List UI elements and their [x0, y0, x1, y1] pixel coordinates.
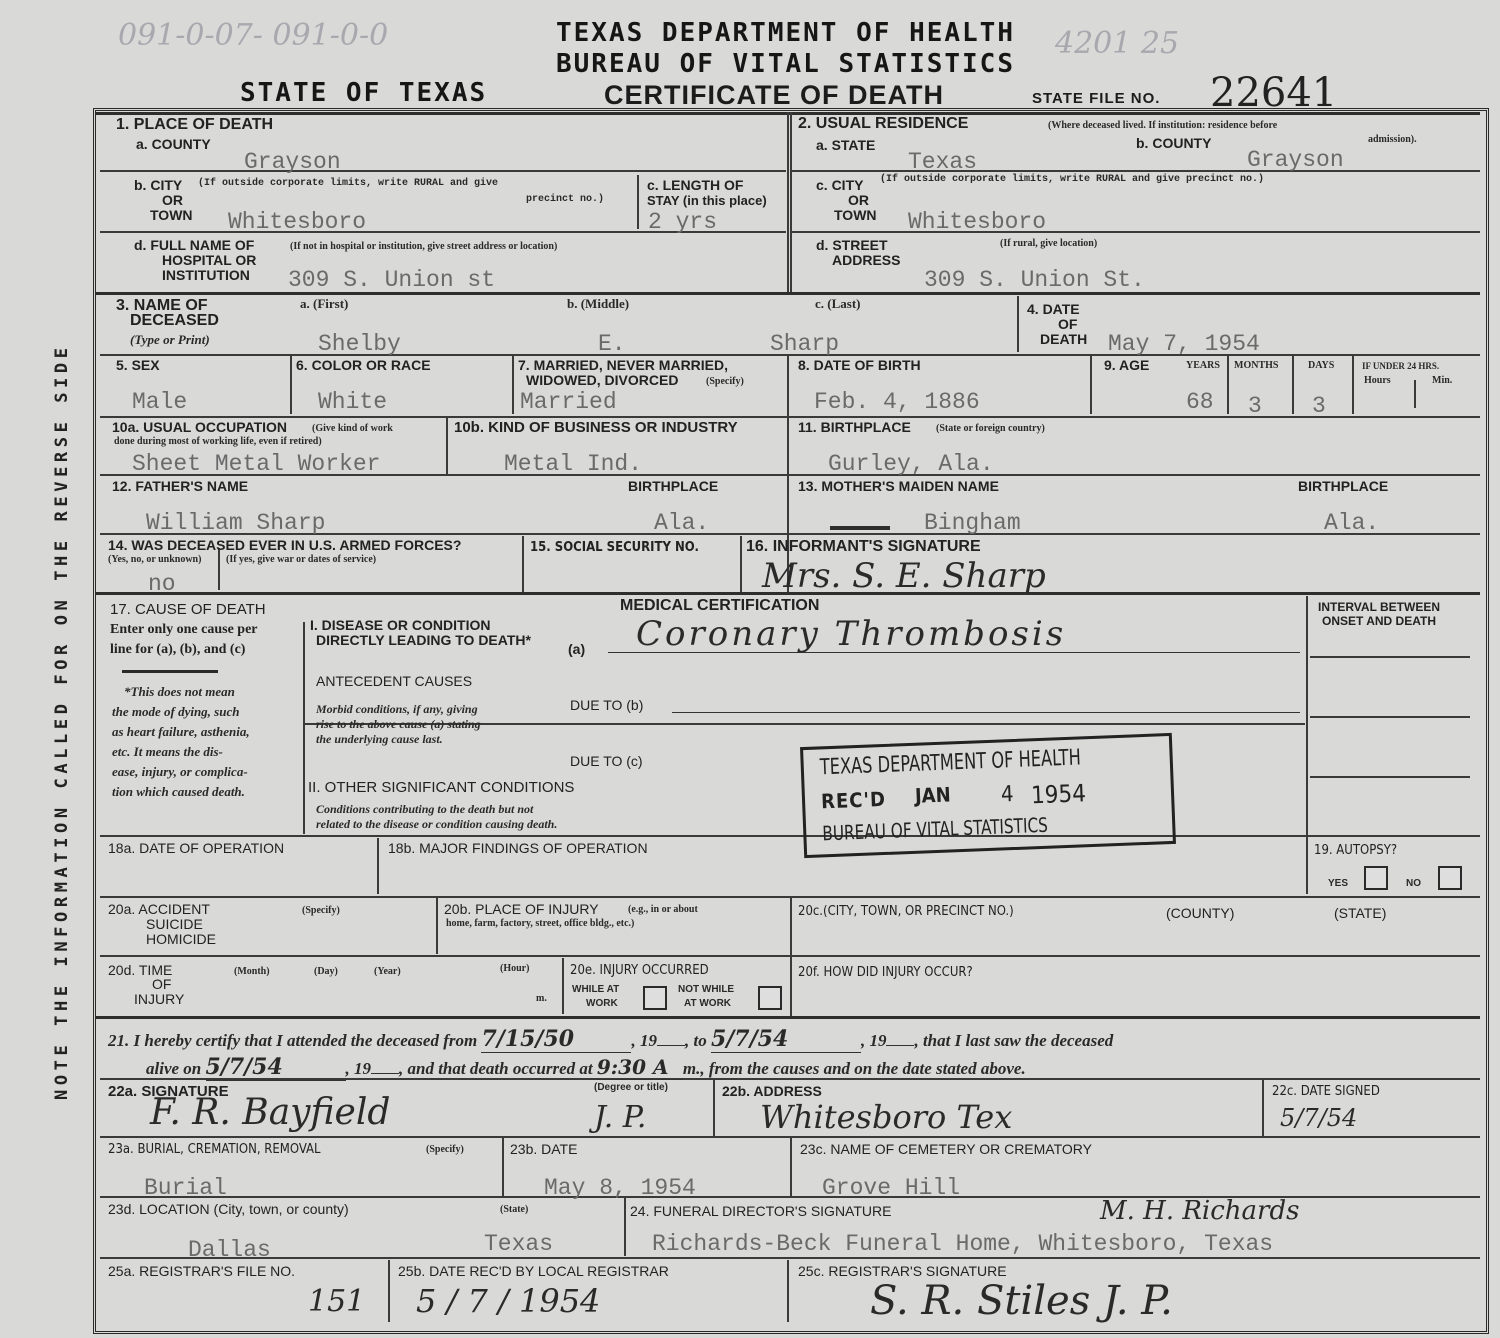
marital-note: (Specify)	[706, 376, 744, 388]
death-county-value: Grayson	[244, 150, 341, 174]
header-dept: TEXAS DEPARTMENT OF HEALTH	[556, 18, 1015, 48]
residence-state-value: Texas	[908, 150, 977, 174]
age-under24-label: IF UNDER 24 HRS.	[1362, 360, 1439, 372]
disposition-note: (Specify)	[426, 1144, 464, 1156]
place-of-death-label: 1. PLACE OF DEATH	[116, 117, 273, 132]
injury-place-label: 20b. PLACE OF INJURY	[444, 902, 599, 917]
interval-label1: INTERVAL BETWEEN	[1318, 600, 1440, 615]
hospital-value: 309 S. Union st	[288, 268, 495, 292]
at-work-label2: WORK	[586, 998, 618, 1010]
cemetery-value: Grove Hill	[822, 1176, 960, 1200]
residence-city-note: (If outside corporate limits, write RURA…	[880, 174, 1264, 186]
disease-label1: I. DISEASE OR CONDITION	[310, 618, 490, 633]
stamp-line3: BUREAU OF VITAL STATISTICS	[822, 813, 1048, 846]
hospital-note: (If not in hospital or institution, give…	[290, 241, 557, 253]
father-label: 12. FATHER'S NAME	[112, 479, 248, 494]
disposition-date-value: May 8, 1954	[544, 1176, 696, 1200]
certify-text: alive on	[146, 1059, 201, 1078]
stamp-received-label: REC'D	[821, 787, 887, 813]
date-of-death-value: May 7, 1954	[1108, 332, 1260, 356]
business-label: 10b. KIND OF BUSINESS OR INDUSTRY	[454, 420, 738, 435]
pencil-note-left: 091-0-07- 091-0-0	[118, 18, 388, 53]
date-signed-label: 22c. DATE SIGNED	[1272, 1084, 1380, 1099]
death-time-value: 9:30 A	[597, 1055, 683, 1080]
sex-label: 5. SEX	[116, 358, 160, 373]
location-state-value: Texas	[484, 1232, 553, 1256]
disposition-date-label: 23b. DATE	[510, 1142, 577, 1157]
antecedent-label: ANTECEDENT CAUSES	[316, 674, 472, 689]
funeral-home-value: Richards-Beck Funeral Home, Whitesboro, …	[652, 1232, 1273, 1256]
first-name-label: a. (First)	[300, 298, 348, 310]
injury-type-label1: 20a. ACCIDENT	[108, 902, 210, 917]
death-city-label: b. CITY	[134, 178, 182, 193]
degree-value: J. P.	[594, 1100, 646, 1135]
residence-street-value: 309 S. Union St.	[924, 268, 1145, 292]
at-work-checkbox[interactable]	[643, 986, 667, 1010]
mother-birthplace-label: BIRTHPLACE	[1298, 479, 1388, 494]
header-bureau: BUREAU OF VITAL STATISTICS	[556, 49, 1015, 79]
father-birthplace-value: Ala.	[654, 511, 709, 535]
injury-city-label: 20c.(CITY, TOWN, OR PRECINCT NO.)	[798, 904, 1014, 919]
not-at-work-label2: AT WORK	[684, 998, 731, 1010]
birthplace-note: (State or foreign country)	[936, 423, 1045, 435]
hospital-label3: INSTITUTION	[162, 268, 250, 283]
certify-text: m., from the causes and on the date stat…	[683, 1059, 1026, 1078]
page-title: CERTIFICATE OF DEATH	[604, 80, 944, 111]
birthplace-value: Gurley, Ala.	[828, 452, 994, 476]
occupation-label: 10a. USUAL OCCUPATION	[112, 420, 287, 435]
autopsy-yes-checkbox[interactable]	[1364, 866, 1388, 890]
due-to-c-label: DUE TO (c)	[570, 754, 643, 769]
interval-label2: ONSET AND DEATH	[1322, 614, 1436, 629]
occupation-note1: (Give kind of work	[312, 423, 393, 435]
local-registrar-date-label: 25b. DATE REC'D BY LOCAL REGISTRAR	[398, 1264, 669, 1279]
disposition-value: Burial	[144, 1176, 227, 1200]
death-city-or: OR	[162, 193, 183, 208]
injury-occurred-label: 20e. INJURY OCCURRED	[570, 963, 709, 978]
certify-text: , 19	[861, 1031, 887, 1050]
stamp-line1: TEXAS DEPARTMENT OF HEALTH	[819, 745, 1081, 780]
received-stamp: TEXAS DEPARTMENT OF HEALTH REC'D JAN 4 1…	[800, 733, 1176, 858]
injury-type-label2: SUICIDE	[146, 917, 203, 932]
dob-value: Feb. 4, 1886	[814, 390, 980, 414]
length-of-stay-value: 2 yrs	[648, 210, 717, 234]
disease-label2: DIRECTLY LEADING TO DEATH*	[316, 633, 531, 648]
registrar-signature-label: 25c. REGISTRAR'S SIGNATURE	[798, 1264, 1007, 1279]
residence-city-or: OR	[848, 193, 869, 208]
race-value: White	[318, 390, 387, 414]
cause-footnote-line: etc. It means the dis-	[112, 742, 292, 762]
marital-value: Married	[520, 390, 617, 414]
attended-to-value: 5/7/54	[711, 1026, 861, 1053]
name-label1: 3. NAME OF	[116, 298, 208, 313]
injury-year-label: (Year)	[374, 966, 401, 978]
residence-county-value: Grayson	[1247, 148, 1344, 172]
cause-footnote-line: ease, injury, or complica-	[112, 762, 292, 782]
business-value: Metal Ind.	[504, 452, 642, 476]
date-signed-value: 5/7/54	[1280, 1104, 1357, 1132]
injury-m-label: m.	[536, 993, 547, 1005]
not-at-work-label1: NOT WHILE	[678, 984, 734, 996]
death-city-value: Whitesboro	[228, 210, 366, 234]
cause-instr1: Enter only one cause per	[110, 622, 258, 637]
first-name-value: Shelby	[318, 332, 401, 356]
degree-label: (Degree or title)	[594, 1082, 668, 1094]
residence-street-note: (If rural, give location)	[1000, 238, 1097, 250]
injury-month-label: (Month)	[234, 966, 270, 978]
cause-footnote: *This does not mean the mode of dying, s…	[112, 682, 292, 802]
pencil-note-right: 4201 25	[1055, 26, 1179, 61]
disposition-label: 23a. BURIAL, CREMATION, REMOVAL	[108, 1142, 321, 1157]
age-years-label: YEARS	[1186, 360, 1220, 372]
certify-text: , and that death occurred at	[399, 1059, 593, 1078]
physician-address-label: 22b. ADDRESS	[722, 1084, 822, 1099]
cause-footnote-line: as heart failure, asthenia,	[112, 722, 292, 742]
date-of-death-label2: OF	[1058, 317, 1077, 332]
injury-type-label3: HOMICIDE	[146, 932, 216, 947]
name-label2: DECEASED	[130, 313, 219, 328]
residence-county-label: b. COUNTY	[1136, 136, 1211, 151]
stamp-year: 1954	[1030, 779, 1086, 809]
injury-state-label: (STATE)	[1334, 906, 1386, 921]
header-state: STATE OF TEXAS	[240, 78, 487, 108]
marital-label2: WIDOWED, DIVORCED	[526, 373, 678, 388]
age-days-label: DAYS	[1308, 360, 1334, 372]
ssn-label: 15. SOCIAL SECURITY NO.	[530, 540, 699, 555]
operation-findings-label: 18b. MAJOR FINDINGS OF OPERATION	[388, 841, 648, 856]
morbid-note: Morbid conditions, if any, giving rise t…	[316, 702, 481, 747]
death-city-note2: precinct no.)	[526, 194, 604, 206]
length-of-stay-label2: STAY (in this place)	[647, 193, 767, 208]
certify-line1: 21. I hereby certify that I attended the…	[108, 1026, 1113, 1053]
middle-name-value: E.	[598, 332, 626, 356]
usual-residence-label: 2. USUAL RESIDENCE	[798, 116, 968, 131]
cause-footnote-line: *This does not mean	[112, 682, 292, 702]
certify-text: 21. I hereby certify that I attended the…	[108, 1031, 477, 1050]
dob-label: 8. DATE OF BIRTH	[798, 358, 921, 373]
mother-birthplace-value: Ala.	[1324, 511, 1379, 535]
residence-city-value: Whitesboro	[908, 210, 1046, 234]
cause-footnote-line: tion which caused death.	[112, 782, 292, 802]
race-label: 6. COLOR OR RACE	[296, 358, 431, 373]
cause-footnote-line: the mode of dying, such	[112, 702, 292, 722]
stamp-month: JAN	[914, 782, 951, 807]
last-name-label: c. (Last)	[815, 298, 861, 310]
armed-forces-note1: (Yes, no, or unknown)	[108, 554, 201, 566]
mother-name-value: Bingham	[924, 511, 1021, 535]
how-injury-label: 20f. HOW DID INJURY OCCUR?	[798, 965, 973, 980]
last-seen-value: 5/7/54	[206, 1054, 346, 1081]
age-years-value: 68	[1186, 390, 1214, 414]
injury-hour-label: (Hour)	[500, 963, 529, 975]
residence-street-label1: d. STREET	[816, 238, 888, 253]
registrar-file-label: 25a. REGISTRAR'S FILE NO.	[108, 1264, 295, 1279]
birthplace-label: 11. BIRTHPLACE	[798, 420, 911, 435]
cause-a-value: Coronary Thrombosis	[636, 614, 1066, 654]
residence-state-label: a. STATE	[816, 138, 875, 153]
autopsy-no-checkbox[interactable]	[1438, 866, 1462, 890]
other-conditions-note-line: related to the disease or condition caus…	[316, 817, 557, 832]
certify-text: , 19	[631, 1031, 657, 1050]
injury-place-note1: (e.g., in or about	[628, 904, 698, 916]
armed-forces-note2: (If yes, give war or dates of service)	[226, 554, 376, 566]
cause-instr2: line for (a), (b), and (c)	[110, 642, 245, 657]
autopsy-no-label: NO	[1406, 878, 1421, 890]
certify-text: , that I last saw the deceased	[914, 1031, 1113, 1050]
other-conditions-note: Conditions contributing to the death but…	[316, 802, 557, 832]
mother-label: 13. MOTHER'S MAIDEN NAME	[798, 479, 999, 494]
sex-value: Male	[132, 390, 187, 414]
funeral-director-signature: M. H. Richards	[1100, 1196, 1299, 1226]
certify-text: , 19	[346, 1059, 372, 1078]
injury-county-label: (COUNTY)	[1166, 906, 1234, 921]
residence-note1: (Where deceased lived. If institution: r…	[1048, 120, 1277, 132]
name-label3: (Type or Print)	[130, 332, 210, 348]
morbid-note-line: rise to the above cause (a) stating	[316, 717, 481, 732]
morbid-note-line: the underlying cause last.	[316, 732, 481, 747]
hospital-label2: HOSPITAL OR	[162, 253, 256, 268]
cause-label: 17. CAUSE OF DEATH	[110, 602, 266, 617]
informant-signature: Mrs. S. E. Sharp	[762, 556, 1046, 596]
injury-type-note: (Specify)	[302, 905, 340, 917]
middle-name-label: b. (Middle)	[567, 298, 629, 310]
registrar-signature: S. R. Stiles J. P.	[870, 1278, 1173, 1324]
not-at-work-checkbox[interactable]	[758, 986, 782, 1010]
physician-address-value: Whitesboro Tex	[760, 1098, 1012, 1136]
state-file-label: STATE FILE NO.	[1032, 90, 1160, 107]
informant-label: 16. INFORMANT'S SIGNATURE	[746, 539, 981, 554]
last-name-value: Sharp	[770, 332, 839, 356]
cause-a-label: (a)	[568, 642, 585, 657]
attended-from-value: 7/15/50	[481, 1026, 631, 1053]
date-of-death-label1: 4. DATE	[1027, 302, 1080, 317]
cemetery-label: 23c. NAME OF CEMETERY OR CREMATORY	[800, 1142, 1092, 1157]
funeral-director-label: 24. FUNERAL DIRECTOR'S SIGNATURE	[630, 1204, 891, 1219]
injury-day-label: (Day)	[314, 966, 338, 978]
residence-street-label2: ADDRESS	[832, 253, 900, 268]
injury-time-label2: OF	[152, 977, 171, 992]
age-hours-label: Hours	[1364, 375, 1391, 387]
side-note: NOTE THE INFORMATION CALLED FOR ON THE R…	[52, 343, 72, 1100]
certify-line2: alive on 5/7/54, 19, and that death occu…	[146, 1054, 1026, 1081]
father-birthplace-label: BIRTHPLACE	[628, 479, 718, 494]
residence-note2: admission).	[1368, 134, 1417, 146]
medical-certification-heading: MEDICAL CERTIFICATION	[620, 598, 819, 613]
death-city-note1: (If outside corporate limits, write RURA…	[198, 178, 498, 190]
occupation-value: Sheet Metal Worker	[132, 452, 380, 476]
residence-city-label: c. CITY	[816, 178, 863, 193]
injury-place-note2: home, farm, factory, street, office bldg…	[446, 918, 634, 930]
death-county-label: a. COUNTY	[136, 137, 211, 152]
registrar-file-value: 151	[308, 1284, 365, 1319]
morbid-note-line: Morbid conditions, if any, giving	[316, 702, 481, 717]
injury-time-label3: INJURY	[134, 992, 184, 1007]
operation-date-label: 18a. DATE OF OPERATION	[108, 841, 284, 856]
other-conditions-note-line: Conditions contributing to the death but…	[316, 802, 557, 817]
age-months-label: MONTHS	[1234, 360, 1278, 372]
at-work-label1: WHILE AT	[572, 984, 619, 996]
date-of-death-label3: DEATH	[1040, 332, 1087, 347]
local-registrar-date-value: 5 / 7 / 1954	[416, 1282, 600, 1320]
armed-forces-value: no	[148, 572, 176, 596]
father-name-value: William Sharp	[146, 511, 325, 535]
location-value: Dallas	[188, 1238, 271, 1262]
age-min-label: Min.	[1432, 375, 1452, 387]
age-months-value: 3	[1248, 394, 1262, 418]
hospital-label1: d. FULL NAME OF	[134, 238, 254, 253]
due-to-b-label: DUE TO (b)	[570, 698, 643, 713]
stamp-day: 4	[1001, 782, 1015, 807]
other-conditions-label: II. OTHER SIGNIFICANT CONDITIONS	[308, 780, 574, 795]
location-label: 23d. LOCATION (City, town, or county)	[108, 1202, 349, 1217]
residence-city-town: TOWN	[834, 208, 877, 223]
location-state-label: (State)	[500, 1204, 528, 1216]
armed-forces-label: 14. WAS DECEASED EVER IN U.S. ARMED FORC…	[108, 538, 461, 553]
age-days-value: 3	[1312, 394, 1326, 418]
length-of-stay-label1: c. LENGTH OF	[647, 178, 743, 193]
marital-label1: 7. MARRIED, NEVER MARRIED,	[518, 358, 728, 373]
occupation-note2: done during most of working life, even i…	[114, 436, 322, 448]
physician-signature: F. R. Bayfield	[150, 1092, 390, 1133]
autopsy-yes-label: YES	[1328, 878, 1348, 890]
death-city-town: TOWN	[150, 208, 193, 223]
certify-text: , to	[685, 1031, 707, 1050]
age-label: 9. AGE	[1104, 358, 1149, 373]
autopsy-label: 19. AUTOPSY?	[1314, 843, 1397, 858]
